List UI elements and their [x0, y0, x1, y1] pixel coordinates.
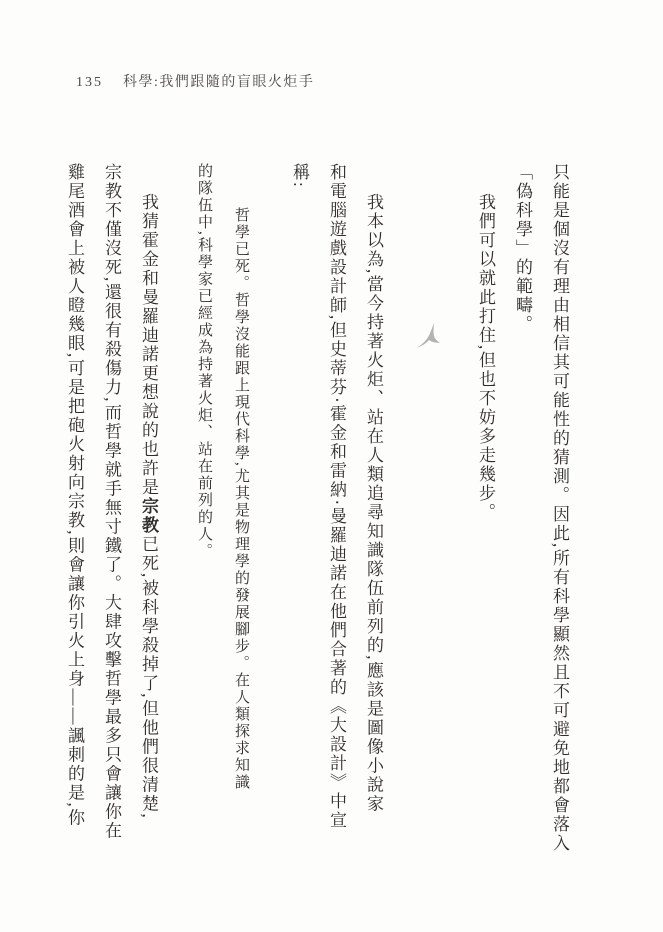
book-page: 135科學:我們跟隨的盲眼火炬手 只能是個沒有理由相信其可能性的猜測。因此,所有… [0, 0, 663, 932]
paragraph-1: 只能是個沒有理由相信其可能性的猜測。因此,所有科學顯然且不可避免地都會落入 「偽… [504, 163, 578, 869]
text-segment: 我猜霍金和曼羅迪諾更想說的也許是 [139, 193, 158, 497]
text-line: 雞尾酒會上被人瞪幾眼,可是把砲火射向宗教,則會讓你引火上身——諷刺的是,你 [56, 163, 93, 869]
section-break [392, 163, 467, 869]
main-text: 只能是個沒有理由相信其可能性的猜測。因此,所有科學顯然且不可避免地都會落入 「偽… [56, 163, 578, 869]
quote-line: 哲學已死。哲學沒能跟上現代科學,尤其是物理學的發展腳步。在人類探求知識 [222, 163, 259, 869]
text-segment: 已死,被科學殺掉了,但他們很清楚, [139, 535, 158, 820]
paragraph-3: 我本以為,當今持著火炬、站在人類追尋知識隊伍前列的,應該是圖像小說家 和電腦遊戲… [281, 163, 392, 869]
text-line: 只能是個沒有理由相信其可能性的猜測。因此,所有科學顯然且不可避免地都會落入 [541, 163, 578, 869]
text-line: 我猜霍金和曼羅迪諾更想說的也許是宗教已死,被科學殺掉了,但他們很清楚, [130, 163, 167, 869]
blockquote: 哲學已死。哲學沒能跟上現代科學,尤其是物理學的發展腳步。在人類探求知識 的隊伍中… [185, 163, 259, 869]
quote-line: 的隊伍中,科學家已經成為持著火炬、站在前列的人。 [185, 163, 222, 869]
page-number: 135 [76, 75, 103, 90]
text-line: 我本以為,當今持著火炬、站在人類追尋知識隊伍前列的,應該是圖像小說家 [355, 163, 392, 869]
bird-icon [414, 321, 444, 351]
text-line: 宗教不僅沒死,還很有殺傷力,而哲學就手無寸鐵了。大肆攻擊哲學最多只會讓你在 [93, 163, 130, 869]
text-line: 「偽科學」的範疇。 [504, 163, 541, 869]
text-line: 和電腦遊戲設計師,但史蒂芬‧霍金和雷納‧曼羅迪諾在他們合著的《大設計》中宣 [318, 163, 355, 869]
paragraph-2: 我們可以就此打住,但也不妨多走幾步。 [467, 163, 504, 869]
chapter-title: 科學:我們跟隨的盲眼火炬手 [123, 75, 314, 90]
text-line: 稱: [281, 163, 318, 869]
text-line: 我們可以就此打住,但也不妨多走幾步。 [467, 163, 504, 869]
running-header: 135科學:我們跟隨的盲眼火炬手 [76, 71, 314, 91]
paragraph-4: 我猜霍金和曼羅迪諾更想說的也許是宗教已死,被科學殺掉了,但他們很清楚, 宗教不僅… [56, 163, 167, 869]
emphasis-text: 宗教 [139, 497, 158, 535]
